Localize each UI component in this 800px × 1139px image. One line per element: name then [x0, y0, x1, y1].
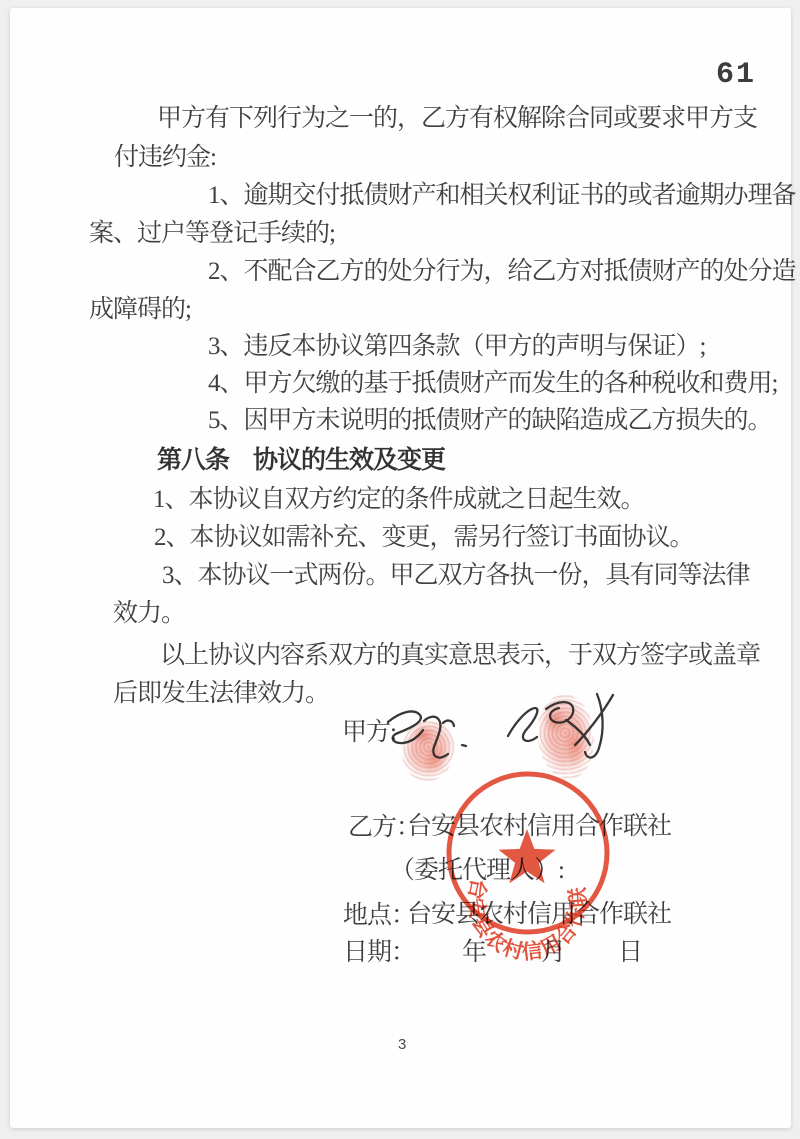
signature-stroke — [508, 708, 537, 741]
party-a-signatures — [10, 8, 800, 1139]
signature-stroke — [546, 702, 573, 723]
signature-stroke — [388, 711, 423, 743]
signature-stroke — [575, 695, 613, 745]
signature-stroke — [462, 745, 466, 746]
signature-stroke — [443, 721, 454, 726]
signature-stroke — [585, 694, 603, 758]
document-page: 61 甲方有下列行为之一的，乙方有权解除合同或要求甲方支 付违约金: 1、逾期交… — [10, 8, 791, 1128]
footer-page-number: 3 — [398, 1036, 406, 1053]
scanned-contract-page: { "page": { "corner_number": "61", "foot… — [0, 0, 800, 1139]
